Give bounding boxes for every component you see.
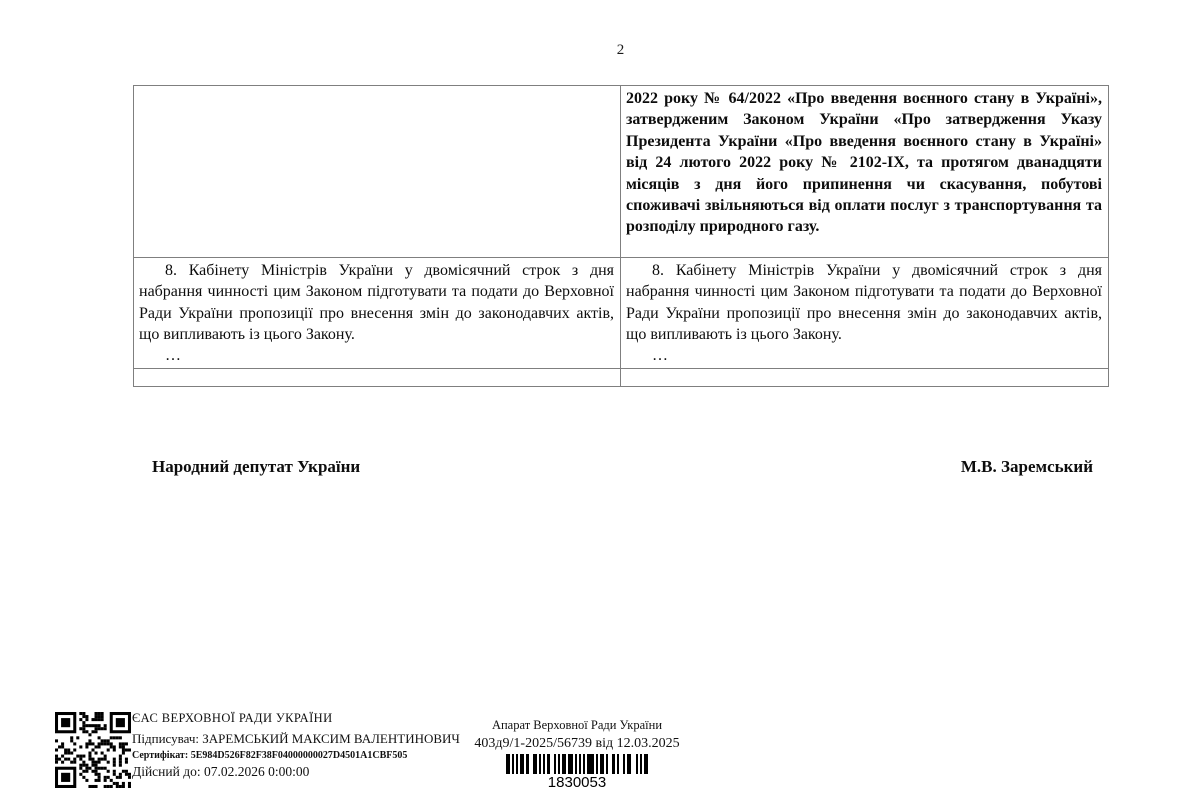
comparison-table: 2022 року № 64/2022 «Про введення воєнно… — [133, 85, 1109, 387]
signature-row: Народний депутат України М.В. Заремський — [152, 457, 1093, 477]
certificate-value: 5E984D526F82F38F04000000027D4501A1CBF505 — [191, 750, 408, 761]
table-row-empty — [134, 369, 1109, 387]
validity-line: Дійсний до: 07.02.2026 0:00:00 — [132, 764, 460, 780]
qr-code-graphic — [55, 712, 131, 788]
signer-name: ЗАРЕМСЬКИЙ МАКСИМ ВАЛЕНТИНОВИЧ — [202, 731, 460, 746]
signature-title: Народний депутат України — [152, 457, 360, 477]
qr-code — [55, 712, 131, 788]
validity-label: Дійсний до: — [132, 764, 201, 779]
ellipsis-right: … — [626, 346, 1102, 366]
office-name: Апарат Верховної Ради України — [462, 718, 692, 733]
barcode — [506, 754, 649, 774]
table-cell-left-empty — [134, 86, 621, 258]
table-row: 8. Кабінету Міністрів України у двомісяч… — [134, 258, 1109, 369]
barcode-number: 1830053 — [462, 774, 692, 791]
registration-stamp-block: Апарат Верховної Ради України 403д9/1-20… — [462, 718, 692, 791]
validity-value: 07.02.2026 0:00:00 — [204, 764, 309, 779]
amended-law-text: 2022 року № 64/2022 «Про введення воєнно… — [626, 88, 1102, 238]
table-cell-right: 2022 року № 64/2022 «Про введення воєнно… — [621, 86, 1109, 258]
certificate-line: Сертифікат: 5E984D526F82F38F04000000027D… — [132, 750, 460, 761]
eas-title: ЄАС ВЕРХОВНОЇ РАДИ УКРАЇНИ — [132, 711, 460, 726]
certificate-label: Сертифікат: — [132, 750, 188, 761]
digital-signature-block: ЄАС ВЕРХОВНОЇ РАДИ УКРАЇНИ Підписувач: З… — [132, 711, 460, 780]
cabinet-clause-right: 8. Кабінету Міністрів України у двомісяч… — [626, 260, 1102, 346]
table-cell-right: 8. Кабінету Міністрів України у двомісяч… — [621, 258, 1109, 369]
signer-line: Підписувач: ЗАРЕМСЬКИЙ МАКСИМ ВАЛЕНТИНОВ… — [132, 731, 460, 747]
table-cell-left-empty — [134, 369, 621, 387]
ellipsis-left: … — [139, 346, 614, 366]
signature-name: М.В. Заремський — [961, 457, 1093, 477]
document-page: 2 2022 року № 64/2022 «Про введення воєн… — [0, 0, 1200, 800]
signer-label: Підписувач: — [132, 731, 199, 746]
table-row: 2022 року № 64/2022 «Про введення воєнно… — [134, 86, 1109, 258]
table-cell-right-empty — [621, 369, 1109, 387]
registration-number: 403д9/1-2025/56739 від 12.03.2025 — [462, 736, 692, 752]
cabinet-clause-left: 8. Кабінету Міністрів України у двомісяч… — [139, 260, 614, 346]
table-cell-left: 8. Кабінету Міністрів України у двомісяч… — [134, 258, 621, 369]
page-number: 2 — [133, 42, 1108, 59]
